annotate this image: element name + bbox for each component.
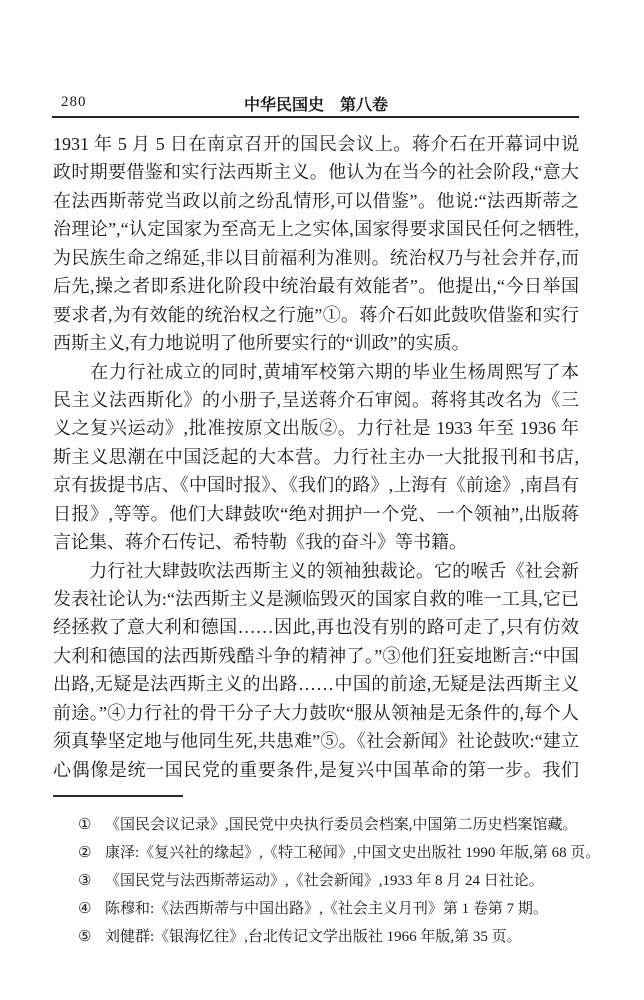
body-line: 发表社论认为:“法西斯主义是濒临毁灭的国家自救的唯一工具,它已 bbox=[53, 585, 579, 613]
footnote-marker: ① bbox=[78, 811, 105, 839]
footnote-text: 陈穆和:《法西斯蒂与中国出路》,《社会主义月刊》第 1 卷第 7 期。 bbox=[105, 895, 613, 923]
running-header: 280 中华民国史 第八卷 bbox=[53, 92, 579, 114]
body-text: 1931 年 5 月 5 日在南京召开的国民会议上。蒋介石在开幕词中说训 政时期… bbox=[53, 130, 579, 784]
body-line: 出路,无疑是法西斯主义的出路……中国的前途,无疑是法西斯主义的 bbox=[53, 670, 579, 698]
footnote: ② 康泽:《复兴社的缘起》,《特工秘闻》,中国文史出版社 1990 年版,第 6… bbox=[53, 839, 613, 867]
body-line: 义之复兴运动》,批准按原文出版②。力行社是 1933 年至 1936 年法西 bbox=[53, 414, 579, 442]
header-rule bbox=[52, 116, 579, 118]
footnote: ④ 陈穆和:《法西斯蒂与中国出路》,《社会主义月刊》第 1 卷第 7 期。 bbox=[53, 895, 613, 923]
body-line: 斯主义思潮在中国泛起的大本营。力行社主办一大批报刊和书店,南 bbox=[53, 443, 579, 471]
footnote: ③ 《国民党与法西斯蒂运动》,《社会新闻》,1933 年 8 月 24 日社论。 bbox=[53, 867, 613, 895]
body-line: 心偶像是统一国民党的重要条件,是复兴中国革命的第一步。我们不 bbox=[53, 756, 579, 784]
footnote-text: 康泽:《复兴社的缘起》,《特工秘闻》,中国文史出版社 1990 年版,第 68 … bbox=[105, 839, 613, 867]
body-line: 治理论”,“认定国家为至高无上之实体,国家得要求国民任何之牺牲, bbox=[53, 215, 579, 243]
body-line: 大利和德国的法西斯残酷斗争的精神了。”③他们狂妄地断言:“中国的 bbox=[53, 642, 579, 670]
footnote-marker: ⑤ bbox=[78, 923, 105, 951]
book-page: 280 中华民国史 第八卷 1931 年 5 月 5 日在南京召开的国民会议上。… bbox=[0, 0, 644, 1000]
footnote: ① 《国民会议记录》,国民党中央执行委员会档案,中国第二历史档案馆藏。 bbox=[53, 811, 613, 839]
body-line: 政时期要借鉴和实行法西斯主义。他认为在当今的社会阶段,“意大利 bbox=[53, 158, 579, 186]
body-line: 为民族生命之绵延,非以目前福利为准则。统治权乃与社会并存,而无 bbox=[53, 244, 579, 272]
footnote-marker: ③ bbox=[78, 867, 105, 895]
body-line: 须真挚坚定地与他同生死,共患难”⑤。《社会新闻》社论鼓吹:“建立中 bbox=[53, 727, 579, 755]
footnote: ⑤ 刘健群:《银海忆往》,台北传记文学出版社 1966 年版,第 35 页。 bbox=[53, 923, 613, 951]
footnote-separator-rule bbox=[53, 795, 183, 797]
footnote-marker: ② bbox=[78, 839, 105, 867]
body-line: 后先,操之者即系进化阶段中统治最有效能者”。他提出,“今日举国所 bbox=[53, 272, 579, 300]
body-line: 日报》,等等。他们大肆鼓吹“绝对拥护一个党、一个领袖”,出版蒋介石 bbox=[53, 500, 579, 528]
body-line: 要求者,为有效能的统治权之行施”①。蒋介石如此鼓吹借鉴和实行法 bbox=[53, 301, 579, 329]
running-title: 中华民国史 第八卷 bbox=[53, 92, 579, 115]
body-line paragraph-start: 力行社大肆鼓吹法西斯主义的领袖独裁论。它的喉舌《社会新闻》 bbox=[53, 557, 579, 585]
body-line paragraph-end: 言论集、蒋介石传记、希特勒《我的奋斗》等书籍。 bbox=[53, 528, 579, 556]
footnote-text: 刘健群:《银海忆往》,台北传记文学出版社 1966 年版,第 35 页。 bbox=[105, 923, 613, 951]
footnote-text: 《国民会议记录》,国民党中央执行委员会档案,中国第二历史档案馆藏。 bbox=[105, 811, 613, 839]
footnote-text: 《国民党与法西斯蒂运动》,《社会新闻》,1933 年 8 月 24 日社论。 bbox=[105, 867, 613, 895]
body-line: 民主义法西斯化》的小册子,呈送蒋介石审阅。蒋将其改名为《三民主 bbox=[53, 386, 579, 414]
footnote-marker: ④ bbox=[78, 895, 105, 923]
footnote-section: ① 《国民会议记录》,国民党中央执行委员会档案,中国第二历史档案馆藏。 ② 康泽… bbox=[53, 811, 613, 951]
body-line paragraph-end: 西斯主义,有力地说明了他所要实行的“训政”的实质。 bbox=[53, 329, 579, 357]
body-line: 前途。”④力行社的骨干分子大力鼓吹“服从领袖是无条件的,每个人必 bbox=[53, 699, 579, 727]
body-line: 经拯救了意大利和德国……因此,再也没有别的路可走了,只有仿效意 bbox=[53, 613, 579, 641]
body-line: 京有拔提书店、《中国时报》、《我们的路》,上海有《前途》,南昌有《扫荡 bbox=[53, 471, 579, 499]
body-line paragraph-start: 在力行社成立的同时,黄埔军校第六期的毕业生杨周熙写了本《三 bbox=[53, 358, 579, 386]
body-line: 在法西斯蒂党当政以前之纷乱情形,可以借鉴”。他说:“法西斯蒂之政 bbox=[53, 187, 579, 215]
body-line: 1931 年 5 月 5 日在南京召开的国民会议上。蒋介石在开幕词中说训 bbox=[53, 130, 579, 158]
